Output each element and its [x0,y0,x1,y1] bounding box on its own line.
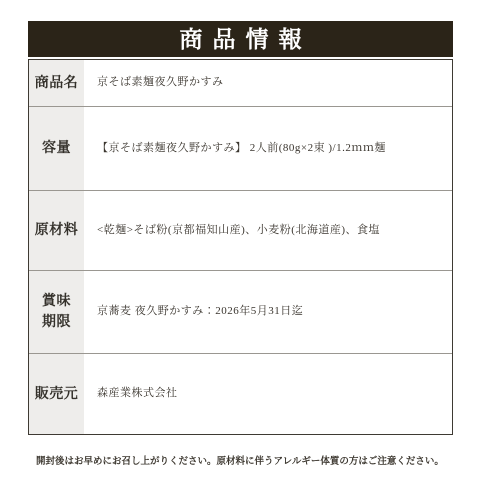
table-row-ingredients: 原材料 <乾麺>そば粉(京都福知山産)、小麦粉(北海道産)、食塩 [29,191,452,271]
title-bar: 商品情報 [28,21,453,57]
row-label: 商品名 [29,60,84,106]
row-label: 原材料 [29,191,84,270]
row-value: 京そば素麺夜久野かすみ [84,60,452,106]
table-row-seller: 販売元 森産業株式会社 [29,354,452,434]
product-info-page: 商品情報 商品名 京そば素麺夜久野かすみ 容量 【京そば素麺夜久野かすみ】 2人… [0,0,480,480]
table-row-best-before: 賞味 期限 京蕎麦 夜久野かすみ：2026年5月31日迄 [29,271,452,354]
row-value: 森産業株式会社 [84,354,452,434]
row-value: 【京そば素麺夜久野かすみ】 2人前(80g×2束 )/1.2ｍｍ麺 [84,107,452,190]
product-info-table: 商品名 京そば素麺夜久野かすみ 容量 【京そば素麺夜久野かすみ】 2人前(80g… [28,59,453,435]
row-label: 賞味 期限 [29,271,84,353]
table-row-capacity: 容量 【京そば素麺夜久野かすみ】 2人前(80g×2束 )/1.2ｍｍ麺 [29,107,452,191]
row-value: <乾麺>そば粉(京都福知山産)、小麦粉(北海道産)、食塩 [84,191,452,270]
page-title: 商品情報 [170,28,312,51]
row-label: 販売元 [29,354,84,434]
row-label: 容量 [29,107,84,190]
row-value: 京蕎麦 夜久野かすみ：2026年5月31日迄 [84,271,452,353]
footer-caution-note: 開封後はお早めにお召し上がりください。原材料に伴うアレルギー体質の方はご注意くだ… [0,453,480,467]
table-row-product-name: 商品名 京そば素麺夜久野かすみ [29,60,452,107]
